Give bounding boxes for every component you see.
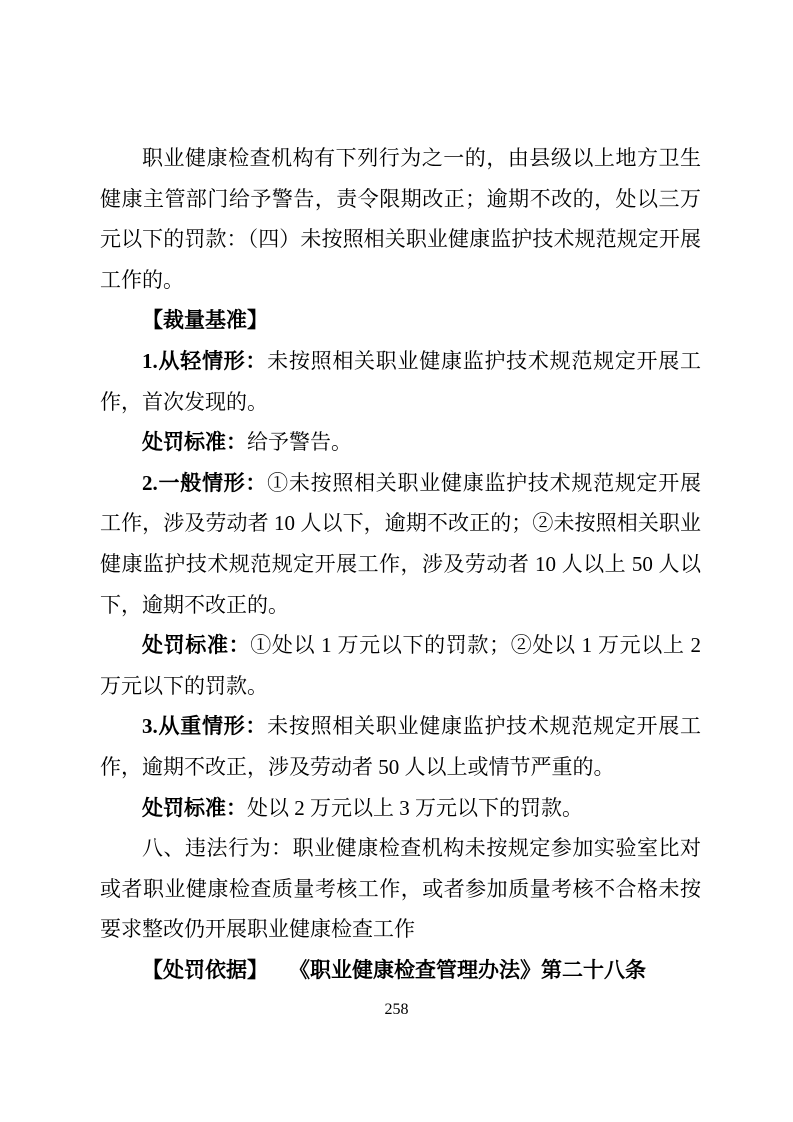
para-violation-intro: 职业健康检查机构有下列行为之一的，由县级以上地方卫生健康主管部门给予警告，责令限… (100, 138, 701, 300)
para-lenient-circumstance: 1.从轻情形：未按照相关职业健康监护技术规范规定开展工作，首次发现的。 (100, 341, 701, 422)
para-penalty-standard-3: 处罚标准：处以 2 万元以上 3 万元以下的罚款。 (100, 788, 701, 829)
bold-text-run (258, 958, 300, 982)
document-page: 职业健康检查机构有下列行为之一的，由县级以上地方卫生健康主管部门给予警告，责令限… (0, 0, 793, 1122)
text-run: 处以 2 万元以上 3 万元以下的罚款。 (247, 796, 583, 820)
para-severe-circumstance: 3.从重情形：未按照相关职业健康监护技术规范规定开展工作，逾期不改正，涉及劳动者… (100, 706, 701, 787)
bold-text-run: 3.从重情形： (142, 714, 267, 738)
bold-text-run: 【处罚依据】 (142, 958, 258, 982)
para-violation-eight: 八、违法行为：职业健康检查机构未按规定参加实验室比对或者职业健康检查质量考核工作… (100, 828, 701, 950)
para-penalty-standard-2: 处罚标准：①处以 1 万元以下的罚款；②处以 1 万元以上 2 万元以下的罚款。 (100, 625, 701, 706)
text-run: 给予警告。 (247, 430, 352, 454)
para-penalty-basis: 【处罚依据】 《职业健康检查管理办法》第二十八条 (100, 950, 701, 991)
bold-text-run: 处罚标准： (142, 430, 247, 454)
para-penalty-standard-1: 处罚标准：给予警告。 (100, 422, 701, 463)
para-discretion-basis-header: 【裁量基准】 (100, 300, 701, 341)
bold-text-run: 处罚标准： (142, 633, 250, 657)
para-general-circumstance: 2.一般情形：①未按照相关职业健康监护技术规范规定开展工作，涉及劳动者 10 人… (100, 463, 701, 625)
text-run: 职业健康检查机构有下列行为之一的，由县级以上地方卫生健康主管部门给予警告，责令限… (100, 146, 701, 292)
document-body: 职业健康检查机构有下列行为之一的，由县级以上地方卫生健康主管部门给予警告，责令限… (100, 138, 701, 990)
bold-text-run: 处罚标准： (142, 796, 247, 820)
page-number: 258 (0, 999, 793, 1021)
bold-text-run: 【裁量基准】 (142, 308, 268, 332)
bold-text-run: 1.从轻情形： (142, 349, 267, 373)
bold-text-run: 2.一般情形： (142, 471, 267, 495)
bold-text-run: 《职业健康检查管理办法》第二十八条 (300, 958, 647, 982)
text-run: 八、违法行为：职业健康检查机构未按规定参加实验室比对或者职业健康检查质量考核工作… (100, 836, 701, 941)
